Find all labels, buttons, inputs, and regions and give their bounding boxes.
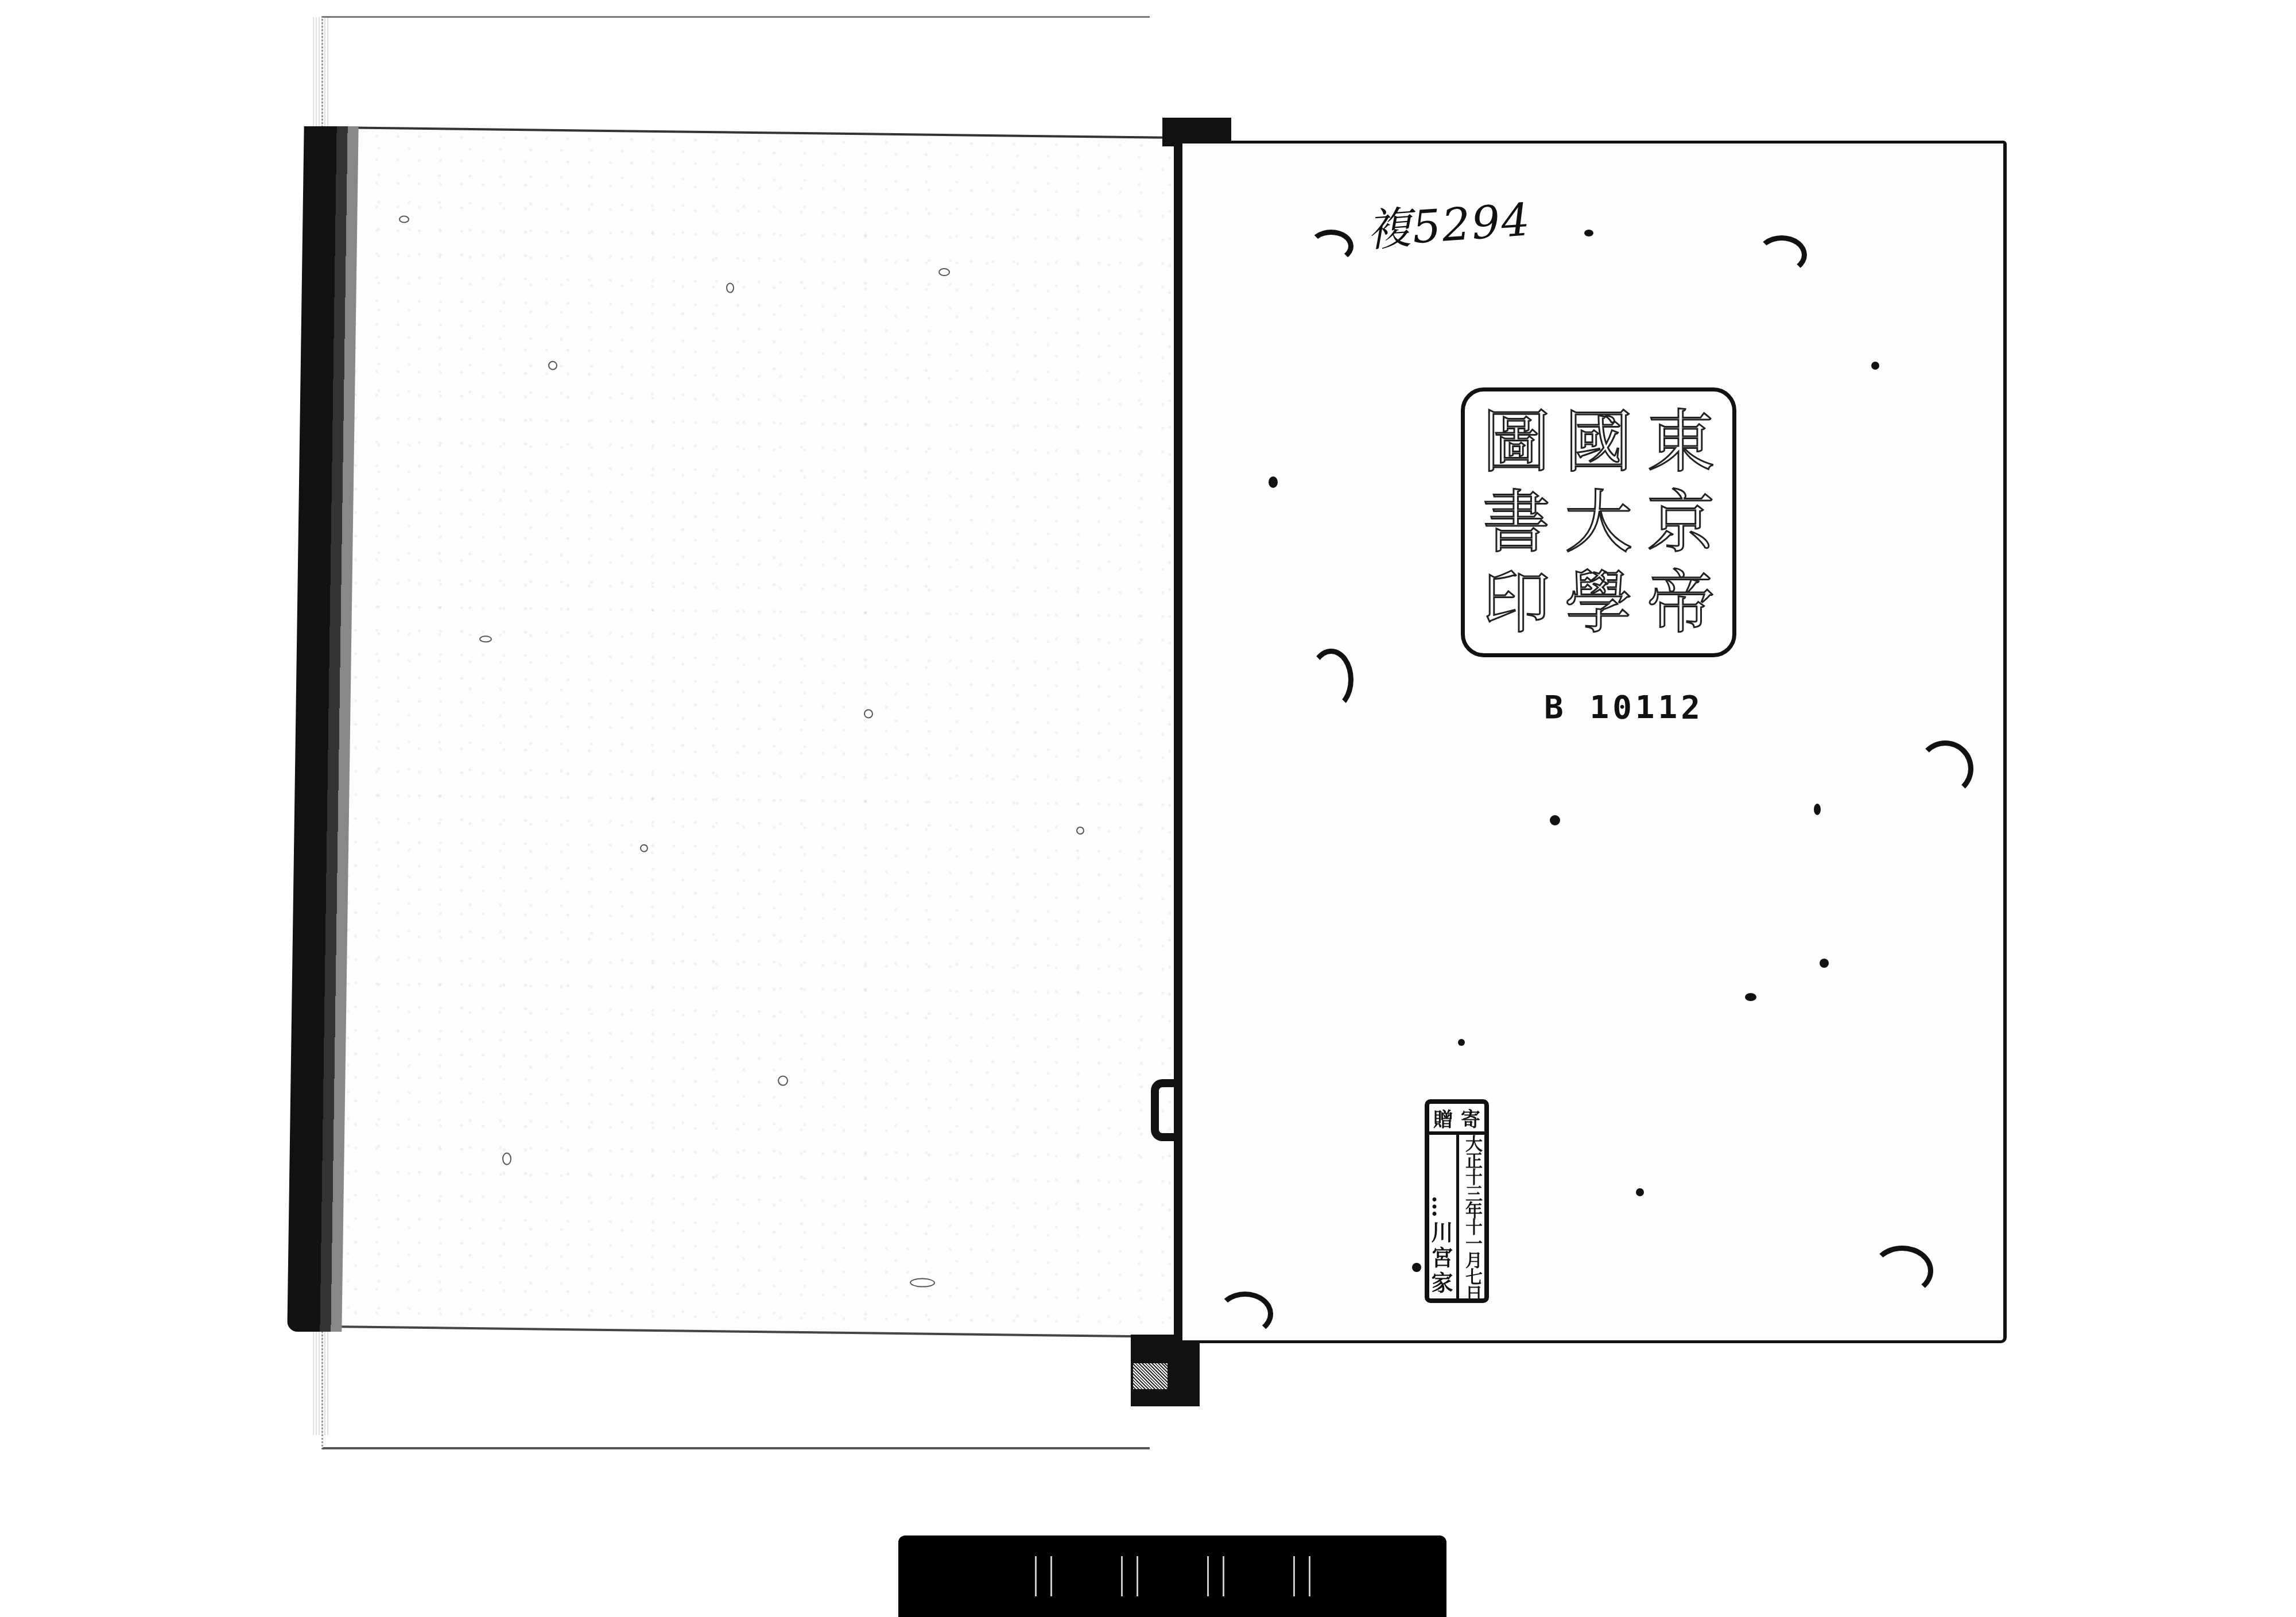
label-glyph [1207,1556,1224,1596]
donor-char: 宮 [1425,1246,1456,1271]
seal-character: 京 [1640,482,1722,563]
paper-speck [399,215,409,223]
wormhole-speck [1550,815,1560,825]
label-glyph [1121,1556,1138,1596]
paper-speck [640,844,648,852]
seal-character: 國 [1557,402,1639,482]
wormhole-speck [1458,1039,1465,1046]
paper-speck [938,268,950,276]
label-glyph [1035,1556,1052,1596]
seal-character: 書 [1475,482,1557,563]
accession-number: B 10112 [1544,689,1704,726]
stamp-header-char: 寄 [1461,1104,1480,1132]
left-page [330,126,1174,1338]
wormhole-speck [1820,959,1829,968]
paper-speck [479,635,492,642]
seal-character: 東 [1640,402,1722,482]
paper-speck [502,1153,511,1165]
wormhole-speck [1584,230,1593,236]
paper-speck [1076,827,1084,835]
seal-character: 帝 [1640,563,1722,643]
seal-character: 印 [1475,563,1557,643]
library-seal: 東 京 帝 國 大 學 圖 書 印 [1461,387,1736,657]
wormhole-trail [1309,649,1353,711]
catalog-number: 複5294 [1364,184,1533,259]
paper-speck [726,282,734,293]
seal-character: 學 [1557,563,1639,643]
paper-speck [910,1278,935,1288]
paper-speck [778,1076,788,1086]
stamp-date: 大正十三年十一月七日 [1456,1135,1484,1301]
scan-label-bar [898,1535,1446,1617]
donation-stamp: 寄 贈 大正十三年十一月七日 … 川 宮 家 [1425,1099,1489,1303]
wormhole-trail [1217,1292,1273,1336]
wormhole-speck [1745,993,1756,1001]
stamp-header: 寄 贈 [1429,1104,1484,1135]
wormhole-speck [1412,1263,1421,1272]
donor-char: 川 [1425,1221,1456,1246]
donor-char: 家 [1425,1271,1456,1297]
front-cover [1182,141,2007,1343]
wormhole-speck [1269,476,1278,488]
wormhole-speck [1636,1188,1644,1196]
spine-bottom-tab [1131,1335,1200,1406]
stamp-body: 大正十三年十一月七日 … 川 宮 家 [1429,1135,1484,1301]
wormhole-speck [1871,362,1879,370]
label-glyph [1293,1556,1310,1596]
wormhole-speck [1814,804,1821,815]
donor-prefix: … [1428,1196,1453,1221]
wormhole-trail [1871,1246,1933,1296]
stamp-donor: … 川 宮 家 [1425,1135,1456,1301]
seal-character: 大 [1557,482,1639,563]
wormhole-trail [1756,235,1807,274]
seal-character: 圖 [1475,402,1557,482]
stamp-header-char: 贈 [1433,1104,1453,1132]
wormhole-trail [1917,740,1973,797]
paper-speck [548,361,557,370]
paper-speck [864,709,873,718]
wormhole-trail [1309,230,1353,263]
